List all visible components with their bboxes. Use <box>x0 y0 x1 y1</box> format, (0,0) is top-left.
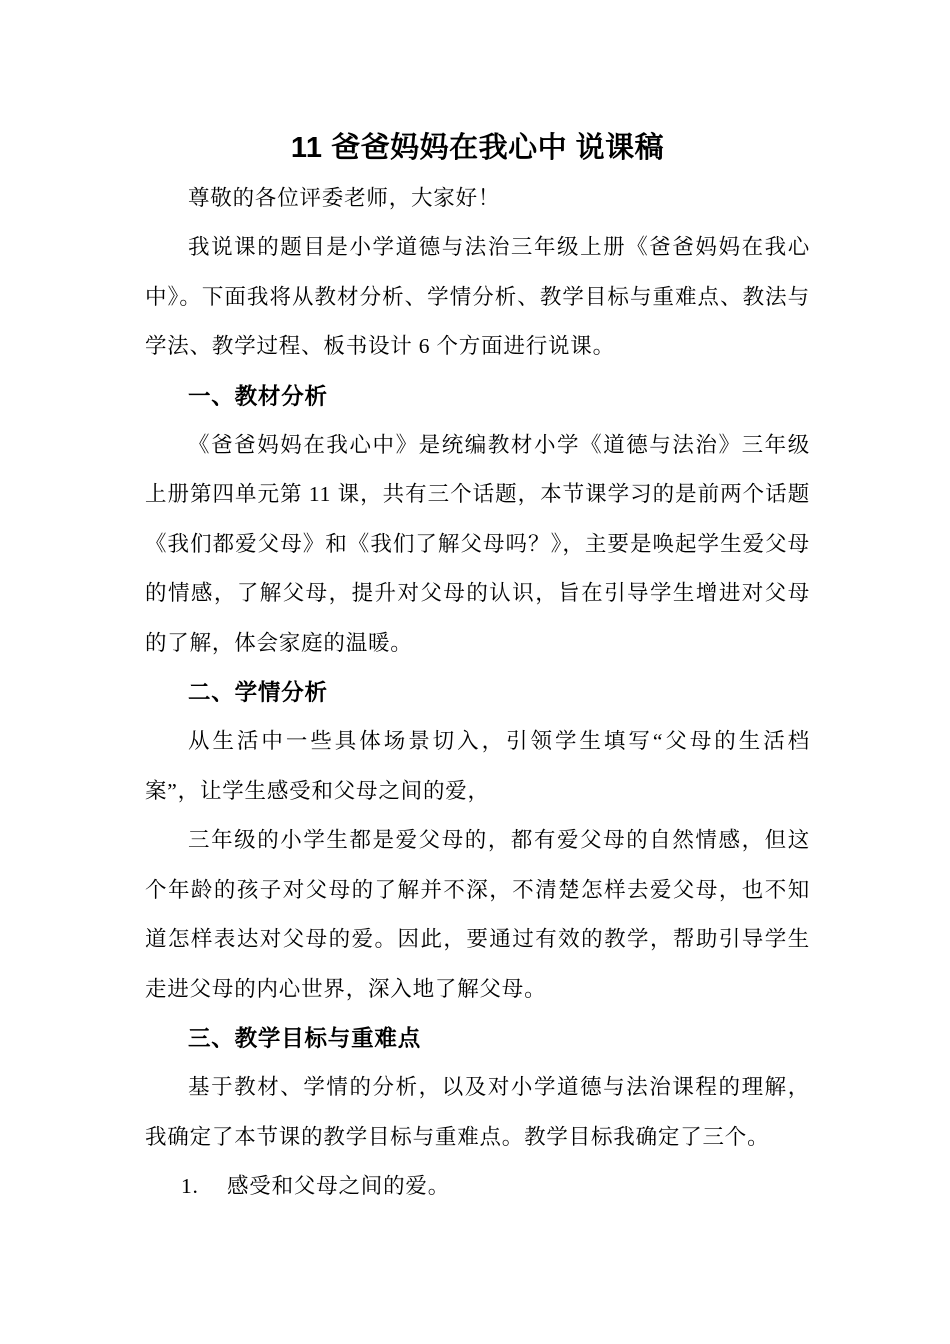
document-content: 11 爸爸妈妈在我心中 说课稿 尊敬的各位评委老师，大家好！我说课的题目是小学道… <box>145 128 810 1212</box>
list-item-text: 感受和父母之间的爱。 <box>227 1174 450 1198</box>
paragraph: 基于教材、学情的分析，以及对小学道德与法治课程的理解，我确定了本节课的教学目标与… <box>145 1063 810 1162</box>
paragraph: 尊敬的各位评委老师，大家好！ <box>145 174 810 223</box>
paragraph: 从生活中一些具体场景切入，引领学生填写“父母的生活档案”，让学生感受和父母之间的… <box>145 717 810 816</box>
paragraph: 《爸爸妈妈在我心中》是统编教材小学《道德与法治》三年级上册第四单元第 11 课，… <box>145 421 810 668</box>
document-page: 11 爸爸妈妈在我心中 说课稿 尊敬的各位评委老师，大家好！我说课的题目是小学道… <box>0 0 950 1344</box>
document-title: 11 爸爸妈妈在我心中 说课稿 <box>145 128 810 168</box>
section-heading: 三、教学目标与重难点 <box>145 1014 810 1063</box>
document-body: 尊敬的各位评委老师，大家好！我说课的题目是小学道德与法治三年级上册《爸爸妈妈在我… <box>145 174 810 1212</box>
numbered-list-item: 1.感受和父母之间的爱。 <box>145 1162 810 1211</box>
list-item-number: 1. <box>181 1162 227 1211</box>
section-heading: 一、教材分析 <box>145 372 810 421</box>
paragraph: 我说课的题目是小学道德与法治三年级上册《爸爸妈妈在我心中》。下面我将从教材分析、… <box>145 223 810 371</box>
paragraph: 三年级的小学生都是爱父母的，都有爱父母的自然情感，但这个年龄的孩子对父母的了解并… <box>145 816 810 1014</box>
section-heading: 二、学情分析 <box>145 668 810 717</box>
